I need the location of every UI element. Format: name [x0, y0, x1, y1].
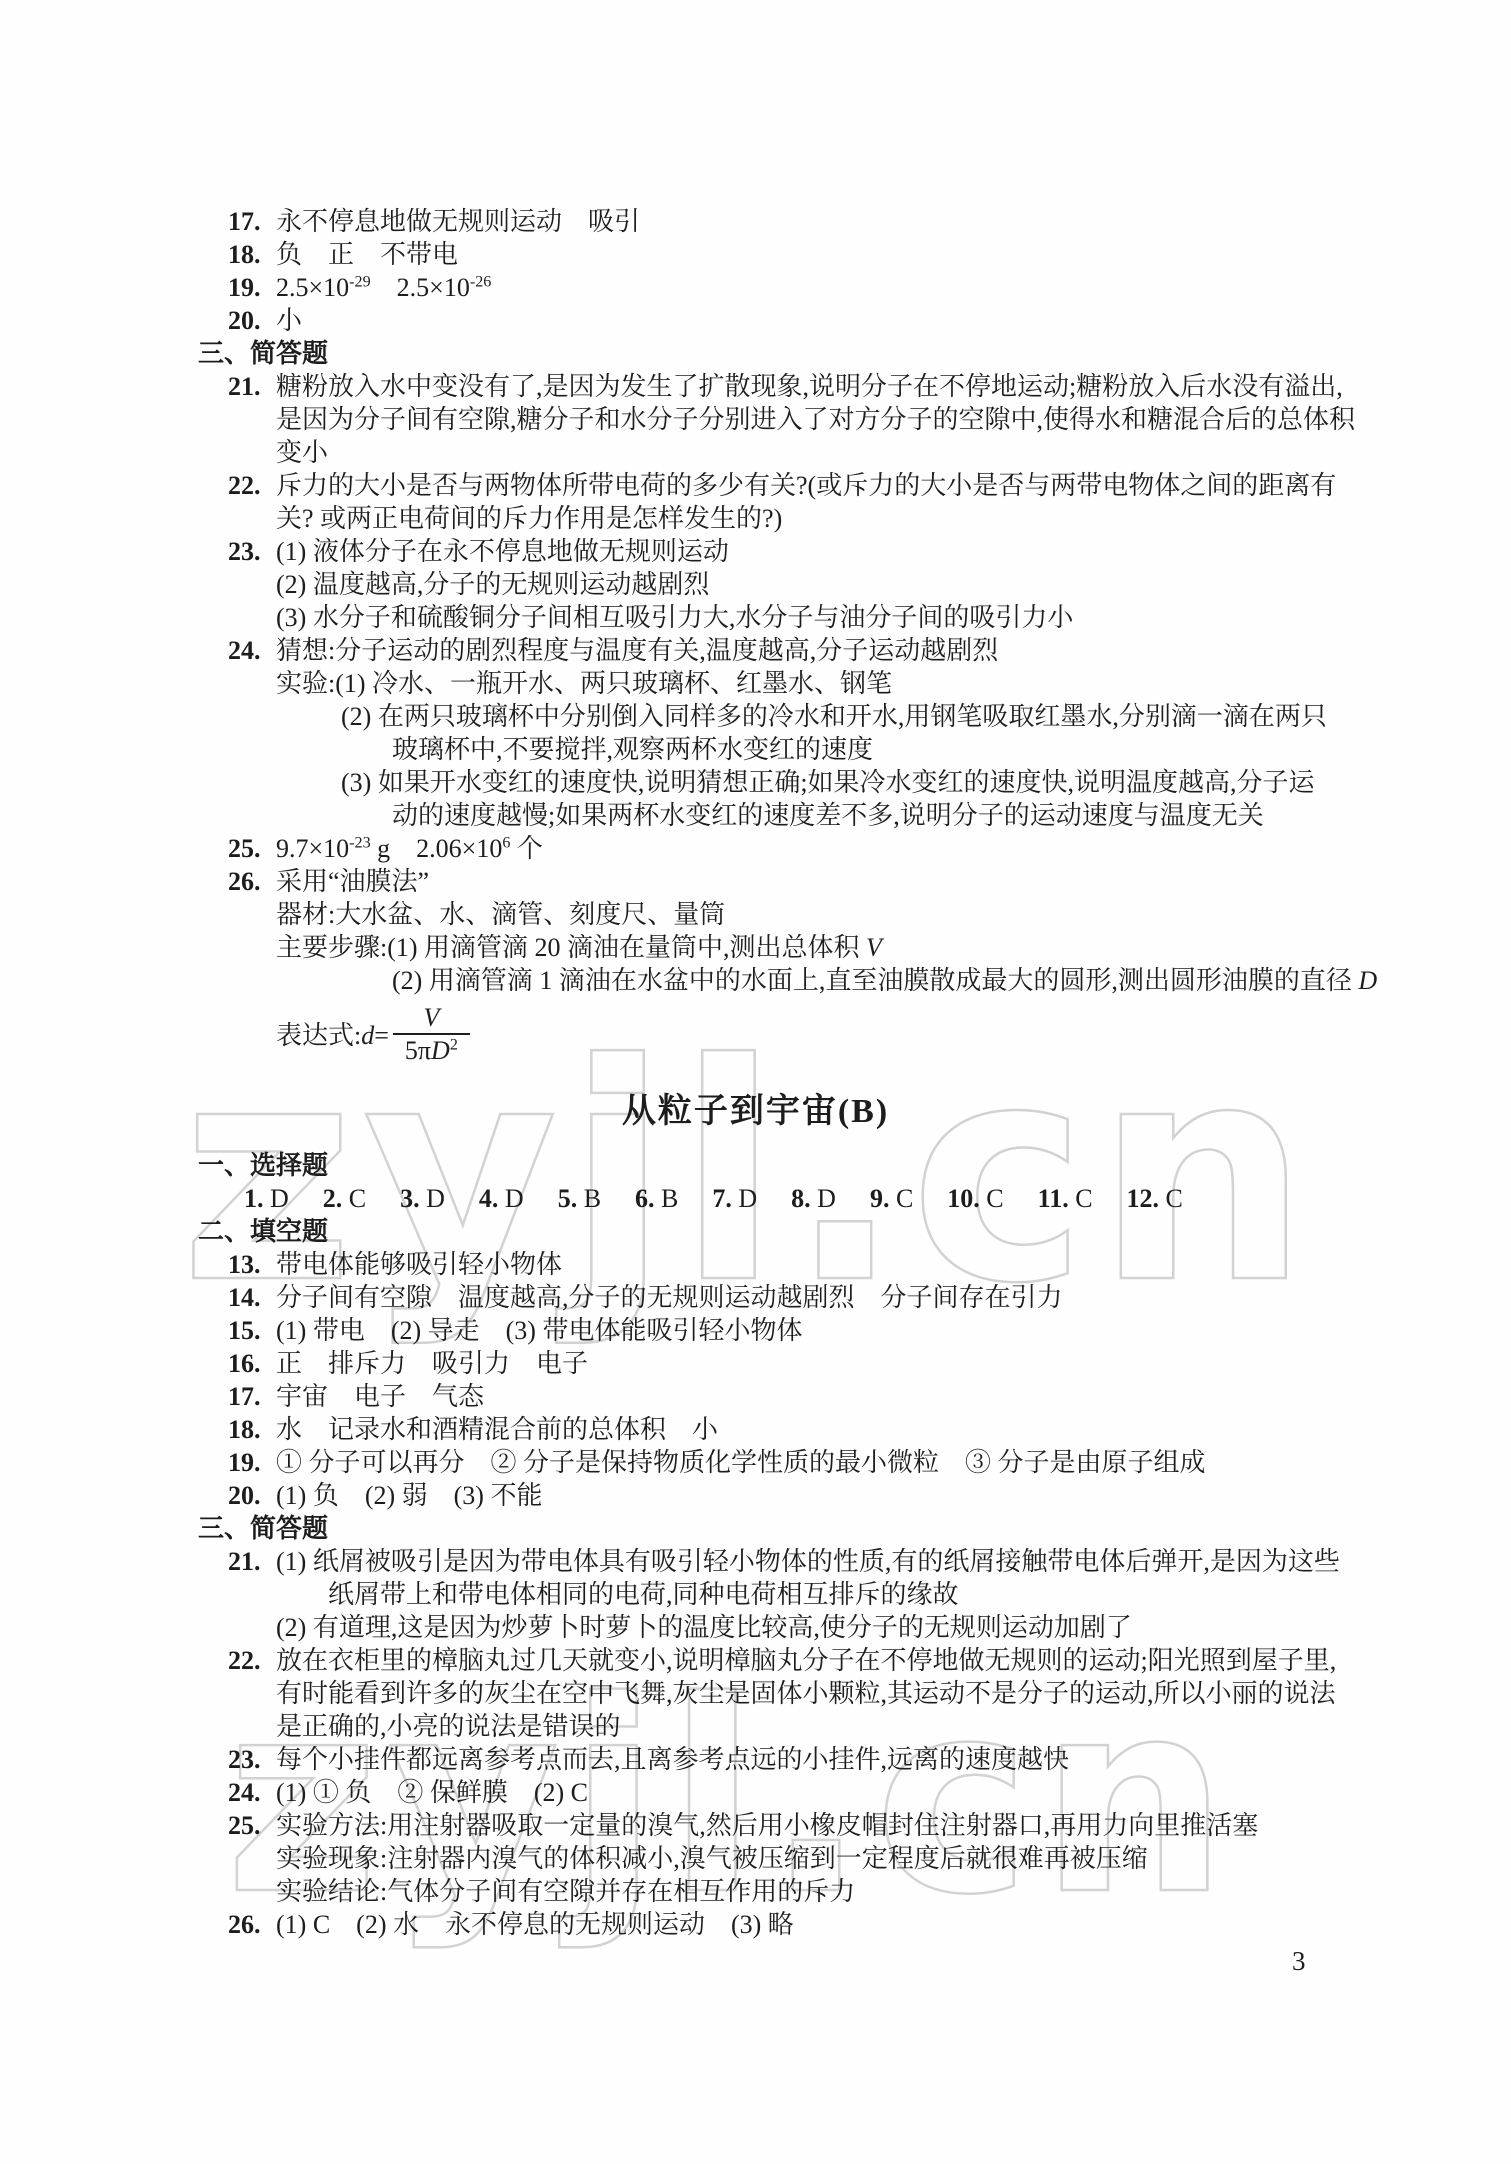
item-number: 23.: [228, 1743, 261, 1776]
item-number: 17.: [228, 1380, 261, 1413]
answer-item: 26.采用“油膜法”: [0, 865, 1511, 898]
math-variable: V: [423, 1003, 439, 1032]
answer-item: 23.(1) 液体分子在永不停息地做无规则运动: [0, 535, 1511, 568]
answer-item: 21.糖粉放入水中变没有了,是因为发生了扩散现象,说明分子在不停地运动;糖粉放入…: [0, 370, 1511, 403]
answer-continuation: 变小: [0, 436, 1511, 469]
answer-continuation: 实验现象:注射器内溴气的体积减小,溴气被压缩到一定程度后就很难再被压缩: [0, 1842, 1511, 1875]
section-b-answer-lines: 一、选择题1. D2. C3. D4. D5. B6. B7. D8. D9. …: [0, 1149, 1511, 1941]
answer-continuation: (3) 水分子和硫酸铜分子间相互吸引力大,水分子与油分子间的吸引力小: [0, 601, 1511, 634]
choice-answer: 4. D: [479, 1182, 524, 1215]
math-variable: V: [866, 933, 882, 962]
choice-answer: 9. C: [870, 1182, 913, 1215]
answer-item: 22.斥力的大小是否与两物体所带电荷的多少有关?(或斥力的大小是否与两带电物体之…: [0, 469, 1511, 502]
answer-continuation: (3) 如果开水变红的速度快,说明猜想正确;如果冷水变红的速度快,说明温度越高,…: [0, 766, 1511, 799]
answer-continuation: 关? 或两正电荷间的斥力作用是怎样发生的?): [0, 502, 1511, 535]
choice-answer: 3. D: [400, 1182, 445, 1215]
superscript: 6: [502, 834, 510, 851]
answer-continuation: 实验:(1) 冷水、一瓶开水、两只玻璃杯、红墨水、钢笔: [0, 667, 1511, 700]
section-heading: 二、填空题: [0, 1215, 1511, 1248]
answer-continuation: 是因为分子间有空隙,糖分子和水分子分别进入了对方分子的空隙中,使得水和糖混合后的…: [0, 403, 1511, 436]
answer-item: 18.负 正 不带电: [0, 238, 1511, 271]
choice-answer: 5. B: [558, 1182, 601, 1215]
math-variable: D: [431, 1036, 450, 1065]
item-number: 18.: [228, 1413, 261, 1446]
answer-continuation: 实验结论:气体分子间有空隙并存在相互作用的斥力: [0, 1875, 1511, 1908]
item-number: 15.: [228, 1314, 261, 1347]
answer-continuation: 主要步骤:(1) 用滴管滴 20 滴油在量筒中,测出总体积 V: [0, 931, 1511, 964]
item-number: 23.: [228, 535, 261, 568]
answer-item: 19.2.5×10-29 2.5×10-26: [0, 271, 1511, 304]
answer-item: 26.(1) C (2) 水 永不停息的无规则运动 (3) 略: [0, 1908, 1511, 1941]
answer-continuation: (2) 在两只玻璃杯中分别倒入同样多的冷水和开水,用钢笔吸取红墨水,分别滴一滴在…: [0, 700, 1511, 733]
choice-answers-row: 1. D2. C3. D4. D5. B6. B7. D8. D9. C10. …: [0, 1182, 1511, 1215]
math-variable: d: [361, 1019, 374, 1052]
fraction-denominator: 5πD2: [393, 1033, 470, 1067]
answer-item: 16.正 排斥力 吸引力 电子: [0, 1347, 1511, 1380]
answer-continuation: (2) 有道理,这是因为炒萝卜时萝卜的温度比较高,使分子的无规则运动加剧了: [0, 1611, 1511, 1644]
answer-continuation: (2) 温度越高,分子的无规则运动越剧烈: [0, 568, 1511, 601]
item-number: 21.: [228, 1545, 261, 1578]
answer-continuation: 玻璃杯中,不要搅拌,观察两杯水变红的速度: [0, 733, 1511, 766]
answer-item: 17.宇宙 电子 气态: [0, 1380, 1511, 1413]
answer-item: 15.(1) 带电 (2) 导走 (3) 带电体能吸引轻小物体: [0, 1314, 1511, 1347]
item-number: 22.: [228, 469, 261, 502]
answer-continuation: (2) 用滴管滴 1 滴油在水盆中的水面上,直至油膜散成最大的圆形,测出圆形油膜…: [0, 964, 1511, 997]
fraction: V5πD2: [393, 1003, 470, 1067]
superscript: 2: [450, 1036, 458, 1053]
choice-answer: 7. D: [712, 1182, 757, 1215]
answer-item: 14.分子间有空隙 温度越高,分子的无规则运动越剧烈 分子间存在引力: [0, 1281, 1511, 1314]
choice-answer: 12. C: [1127, 1182, 1183, 1215]
item-number: 20.: [228, 1479, 261, 1512]
answer-continuation: 纸屑带上和带电体相同的电荷,同种电荷相互排斥的缘故: [0, 1578, 1511, 1611]
item-number: 25.: [228, 1809, 261, 1842]
math-variable: D: [1358, 966, 1377, 995]
answer-item: 20.小: [0, 304, 1511, 337]
choice-answer: 8. D: [791, 1182, 836, 1215]
chapter-b-title: 从粒子到宇宙(B): [0, 1089, 1511, 1135]
section-heading: 三、简答题: [0, 337, 1511, 370]
item-number: 18.: [228, 238, 261, 271]
answer-continuation: 动的速度越慢;如果两杯水变红的速度差不多,说明分子的运动速度与温度无关: [0, 799, 1511, 832]
superscript: -29: [349, 273, 370, 290]
choice-answer: 11. C: [1038, 1182, 1093, 1215]
item-number: 19.: [228, 1446, 261, 1479]
item-number: 13.: [228, 1248, 261, 1281]
item-number: 21.: [228, 370, 261, 403]
choice-answer: 1. D: [244, 1182, 289, 1215]
item-number: 26.: [228, 1908, 261, 1941]
answer-continuation: 有时能看到许多的灰尘在空中飞舞,灰尘是固体小颗粒,其运动不是分子的运动,所以小丽…: [0, 1677, 1511, 1710]
item-number: 14.: [228, 1281, 261, 1314]
item-number: 17.: [228, 205, 261, 238]
superscript: -26: [470, 273, 491, 290]
answer-item: 17.永不停息地做无规则运动 吸引: [0, 205, 1511, 238]
answer-continuation: 器材:大水盆、水、滴管、刻度尺、量筒: [0, 898, 1511, 931]
section-heading: 三、简答题: [0, 1512, 1511, 1545]
item-number: 26.: [228, 865, 261, 898]
choice-answer: 2. C: [323, 1182, 366, 1215]
item-number: 19.: [228, 271, 261, 304]
fraction-numerator: V: [393, 1003, 470, 1033]
answer-continuation: 是正确的,小亮的说法是错误的: [0, 1710, 1511, 1743]
answer-item: 13.带电体能够吸引轻小物体: [0, 1248, 1511, 1281]
item-number: 22.: [228, 1644, 261, 1677]
item-number: 20.: [228, 304, 261, 337]
superscript: -23: [349, 834, 370, 851]
answers-content: 17.永不停息地做无规则运动 吸引18.负 正 不带电19.2.5×10-29 …: [0, 205, 1511, 1941]
item-number: 25.: [228, 832, 261, 865]
item-number: 24.: [228, 634, 261, 667]
answer-item: 18.水 记录水和酒精混合前的总体积 小: [0, 1413, 1511, 1446]
choice-answer: 6. B: [635, 1182, 678, 1215]
answer-item: 24.(1) ① 负 ② 保鲜膜 (2) C: [0, 1776, 1511, 1809]
expression-formula: 表达式:d=V5πD2: [0, 997, 1511, 1073]
item-number: 24.: [228, 1776, 261, 1809]
answer-item: 19.① 分子可以再分 ② 分子是保持物质化学性质的最小微粒 ③ 分子是由原子组…: [0, 1446, 1511, 1479]
answer-item: 20.(1) 负 (2) 弱 (3) 不能: [0, 1479, 1511, 1512]
answer-item: 21.(1) 纸屑被吸引是因为带电体具有吸引轻小物体的性质,有的纸屑接触带电体后…: [0, 1545, 1511, 1578]
item-number: 16.: [228, 1347, 261, 1380]
section-heading: 一、选择题: [0, 1149, 1511, 1182]
page-number: 3: [1292, 1946, 1306, 1977]
choice-answer: 10. C: [947, 1182, 1003, 1215]
answer-item: 22.放在衣柜里的樟脑丸过几天就变小,说明樟脑丸分子在不停地做无规则的运动;阳光…: [0, 1644, 1511, 1677]
workbook-answer-page: zyjl.cn zyjl.cn 17.永不停息地做无规则运动 吸引18.负 正 …: [0, 0, 1511, 2164]
answer-item: 25.9.7×10-23 g 2.06×106 个: [0, 832, 1511, 865]
answer-item: 23.每个小挂件都远离参考点而去,且离参考点远的小挂件,远离的速度越快: [0, 1743, 1511, 1776]
answer-item: 24.猜想:分子运动的剧烈程度与温度有关,温度越高,分子运动越剧烈: [0, 634, 1511, 667]
section-a-answer-lines: 17.永不停息地做无规则运动 吸引18.负 正 不带电19.2.5×10-29 …: [0, 205, 1511, 1073]
answer-item: 25.实验方法:用注射器吸取一定量的溴气,然后用小橡皮帽封住注射器口,再用力向里…: [0, 1809, 1511, 1842]
